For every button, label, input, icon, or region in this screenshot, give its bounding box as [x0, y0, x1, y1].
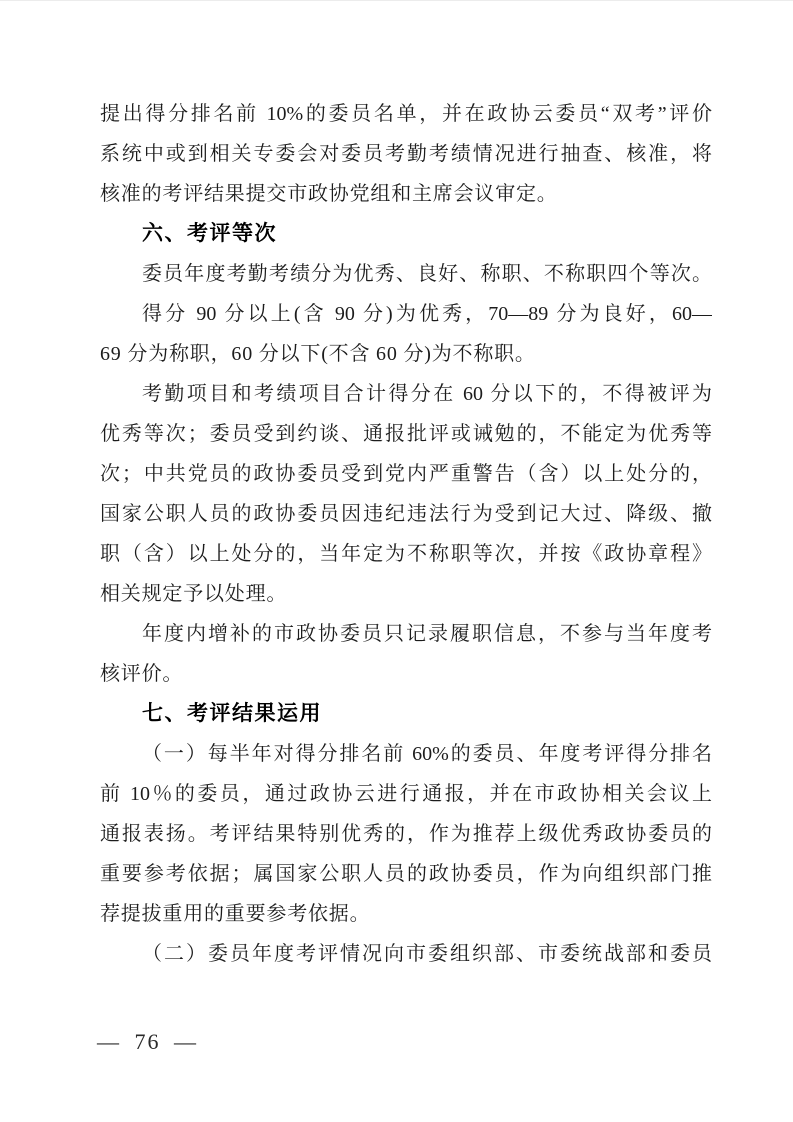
document-page: 提出得分排名前 10%的委员名单，并在政协云委员“双考”评价 系统中或到相关专委…	[0, 0, 793, 1122]
text-line: 委员年度考勤考绩分为优秀、良好、称职、不称职四个等次。	[100, 254, 712, 294]
text-line: （一）每半年对得分排名前 60%的委员、年度考评得分排名	[100, 734, 712, 774]
text-line: 系统中或到相关专委会对委员考勤考绩情况进行抽查、核准，将	[100, 134, 712, 174]
text-line: 69 分为称职，60 分以下(不含 60 分)为不称职。	[100, 334, 712, 374]
text-line: （二）委员年度考评情况向市委组织部、市委统战部和委员	[100, 934, 712, 974]
text-line: 通报表扬。考评结果特别优秀的，作为推荐上级优秀政协委员的	[100, 814, 712, 854]
text-line: 得分 90 分以上(含 90 分)为优秀，70—89 分为良好，60—	[100, 294, 712, 334]
section-7-heading: 七、考评结果运用	[100, 694, 712, 734]
text-line: 年度内增补的市政协委员只记录履职信息，不参与当年度考	[100, 614, 712, 654]
text-line: 荐提拔重用的重要参考依据。	[100, 894, 712, 934]
text-line: 国家公职人员的政协委员因违纪违法行为受到记大过、降级、撤	[100, 494, 712, 534]
section-6-heading: 六、考评等次	[100, 214, 712, 254]
text-line: 核准的考评结果提交市政协党组和主席会议审定。	[100, 174, 712, 214]
text-line: 提出得分排名前 10%的委员名单，并在政协云委员“双考”评价	[100, 94, 712, 134]
text-line: 核评价。	[100, 654, 712, 694]
text-line: 考勤项目和考绩项目合计得分在 60 分以下的，不得被评为	[100, 374, 712, 414]
document-body: 提出得分排名前 10%的委员名单，并在政协云委员“双考”评价 系统中或到相关专委…	[100, 94, 712, 974]
text-line: 相关规定予以处理。	[100, 574, 712, 614]
text-line: 重要参考依据；属国家公职人员的政协委员，作为向组织部门推	[100, 854, 712, 894]
text-line: 职（含）以上处分的，当年定为不称职等次，并按《政协章程》	[100, 534, 712, 574]
text-line: 前 10％的委员，通过政协云进行通报，并在市政协相关会议上	[100, 774, 712, 814]
text-line: 次；中共党员的政协委员受到党内严重警告（含）以上处分的，	[100, 454, 712, 494]
text-line: 优秀等次；委员受到约谈、通报批评或诫勉的，不能定为优秀等	[100, 414, 712, 454]
page-number: — 76 —	[97, 1029, 198, 1055]
